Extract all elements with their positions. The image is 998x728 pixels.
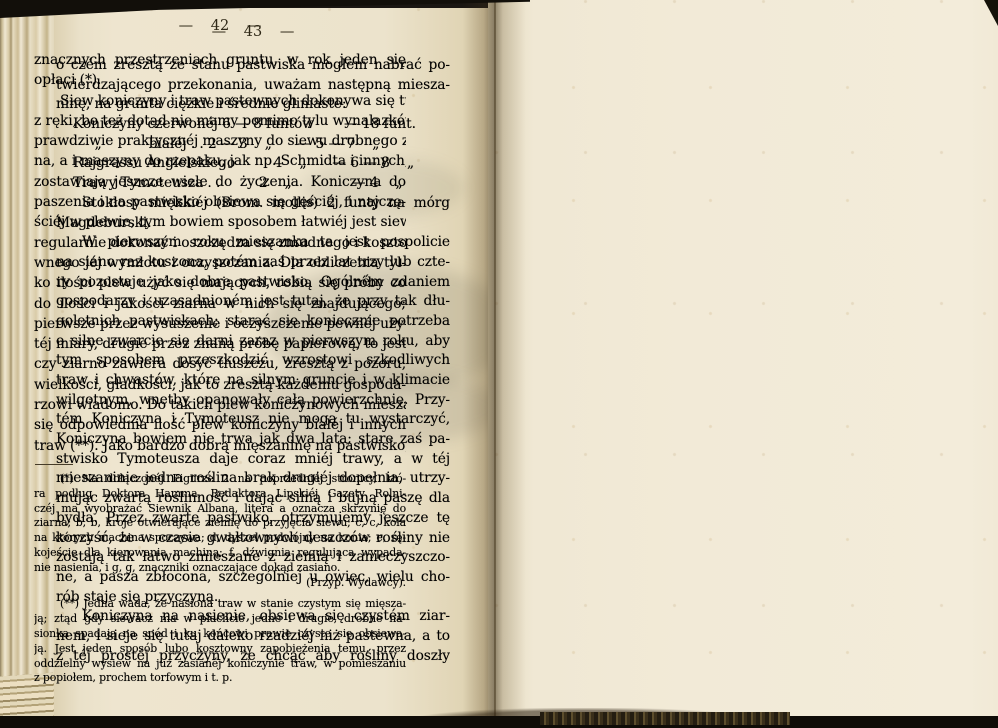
text-line: Magdeburski. bbox=[56, 214, 450, 234]
paper-texture bbox=[488, 0, 998, 718]
text-line: mując zwartą roślinność i dając silną i … bbox=[56, 489, 450, 509]
page-number-right: — 43 — bbox=[56, 24, 450, 40]
text-line: ninę, na grunta ciężkie i średnie glinia… bbox=[56, 95, 450, 115]
text-line: Koniczyna bowiem nie trwa jak dwa lata; … bbox=[56, 430, 450, 450]
right-page-text: o czém zresztą ze stanu pastwiska mogłem… bbox=[56, 56, 450, 666]
text-line: wilgotnym, wnetby opanowały całą powierz… bbox=[56, 391, 450, 411]
paragraph-continuation: o czém zresztą ze stanu pastwiska mogłem… bbox=[56, 56, 450, 115]
text-line: z popiołem, prochem torfowym i t. p. bbox=[34, 671, 406, 686]
right-page bbox=[488, 0, 998, 718]
text-line: korzyść, że w czasie gwałtownych deszczó… bbox=[56, 529, 450, 549]
text-line: o silne zwarcie się darni zaraz w pierws… bbox=[56, 332, 450, 352]
text-line: Koniczyny czerwonéj 6 — 8 funtów — 18 fu… bbox=[56, 115, 450, 135]
text-line: tym sposobem przeszkodzić wzrostowi szko… bbox=[56, 351, 450, 371]
photo-background-bottom bbox=[0, 716, 998, 728]
text-line: „ białéj . . 2 — 3 „ — 5 — 7 „ bbox=[56, 135, 450, 155]
text-line: nem, i sieje się tutaj daleko rzadziéj n… bbox=[56, 627, 450, 647]
text-line: goletnich pastwiskach; starać się koniec… bbox=[56, 312, 450, 332]
text-line: tém Koniczyna i Tymoteusz nie mogą tu wy… bbox=[56, 410, 450, 430]
text-line: mieszaninie jedna roślina brak drugiéj d… bbox=[56, 469, 450, 489]
text-line: ry pozostaje jako dobre pastwisko. Ogóln… bbox=[56, 273, 450, 293]
text-line: Rajgrassu Angielskiego 4 „ — 6 — 8 „ bbox=[56, 154, 450, 174]
text-line: Koniczyna na nasienie, obsiewa się czyst… bbox=[56, 607, 450, 627]
seed-mixture-list: Koniczyny czerwonéj 6 — 8 funtów — 18 fu… bbox=[56, 115, 450, 194]
text-line: gospodarzy i uzasadnioném jest tutaj, że… bbox=[56, 292, 450, 312]
text-line: na siano raz koszona, potém zaś przez la… bbox=[56, 253, 450, 273]
book-spread-photo: — 42 — — 43 — znacznych przestrzeniach g… bbox=[0, 0, 998, 728]
text-line: traw i chwastów, które na silnym gruncie… bbox=[56, 371, 450, 391]
text-line: Trawy Tymoteusza . . 2 „ — 4 „ bbox=[56, 174, 450, 194]
text-line: zostają tak łatwo zmieszane z ziemią i z… bbox=[56, 548, 450, 568]
text-line: o czém zresztą ze stanu pastwiska mogłem… bbox=[56, 56, 450, 76]
text-line: bydła. Przez zwarte pastwiko, otrzymujem… bbox=[56, 509, 450, 529]
fanned-page-edges bbox=[540, 712, 790, 725]
text-line: ne, a pasza zbłocona, szczególniej u owi… bbox=[56, 568, 450, 588]
text-line: rób staje się przyczyną. bbox=[56, 588, 450, 608]
text-line: W pierwszym roku mieszanka ta jest pospo… bbox=[56, 233, 450, 253]
paragraph-koniczyna-nasienie: Koniczyna na nasienie, obsiewa się czyst… bbox=[56, 607, 450, 666]
paragraph-pierwszy-rok: W pierwszym roku mieszanka ta jest pospo… bbox=[56, 233, 450, 607]
text-line: stwisko Tymoteusza daje coraz mniéj traw… bbox=[56, 450, 450, 470]
paragraph-stoklosy: Stokłosy miękkiéj (Brom. mollis) 2 funty… bbox=[56, 194, 450, 233]
text-line: Stokłosy miękkiéj (Brom. mollis) 2 funty… bbox=[56, 194, 450, 214]
text-line: z téj prostéj przyczyny, że chcąc aby ro… bbox=[56, 647, 450, 667]
text-line: twierdzającego przekonania, uważam nastę… bbox=[56, 76, 450, 96]
